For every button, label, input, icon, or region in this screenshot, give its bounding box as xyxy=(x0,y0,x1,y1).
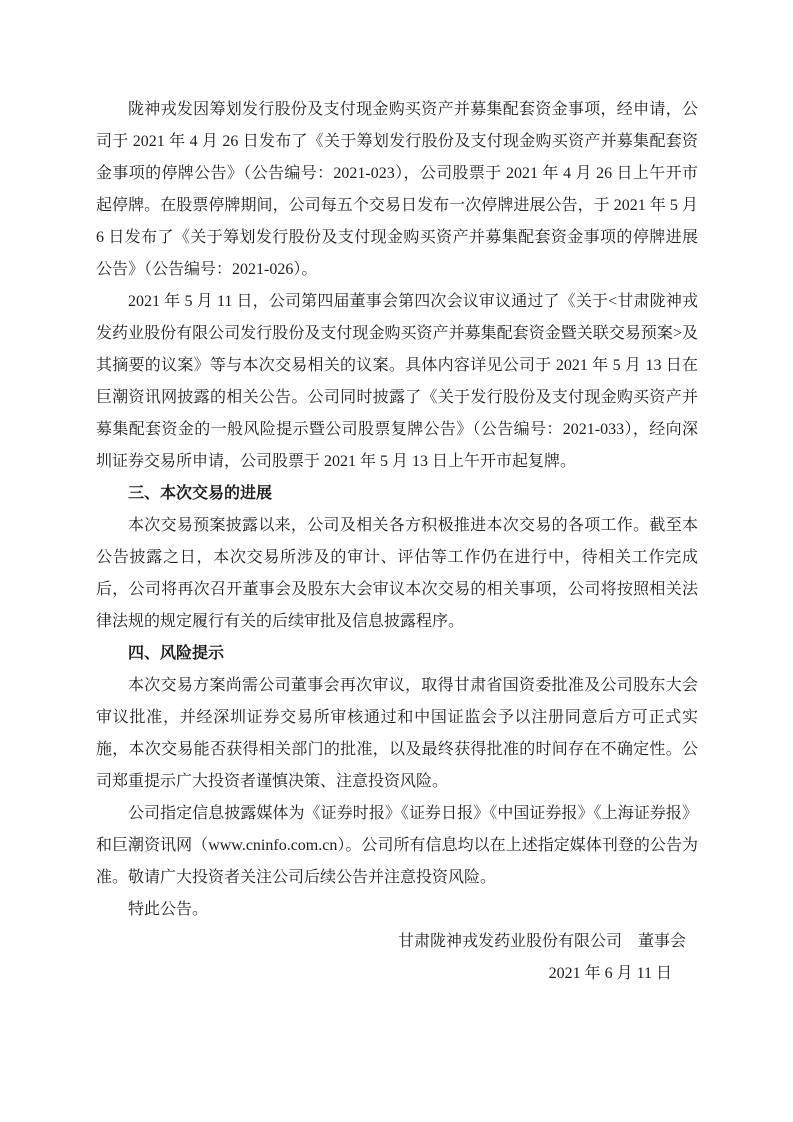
paragraph-closing: 特此公告。 xyxy=(96,894,698,926)
paragraph-transaction-progress: 本次交易预案披露以来，公司及相关各方积极推进本次交易的各项工作。截至本公告披露之… xyxy=(96,510,698,638)
paragraph-disclosure-media: 公司指定信息披露媒体为《证券时报》《证券日报》《中国证券报》《上海证券报》和巨潮… xyxy=(96,798,698,894)
section-heading-risk: 四、风险提示 xyxy=(96,638,698,670)
section-heading-progress: 三、本次交易的进展 xyxy=(96,478,698,510)
signature-block: 甘肃陇神戎发药业股份有限公司 董事会 2021 年 6 月 11 日 xyxy=(96,926,698,990)
paragraph-risk-warning: 本次交易方案尚需公司董事会再次审议，取得甘肃省国资委批准及公司股东大会审议批准，… xyxy=(96,670,698,798)
signature-company: 甘肃陇神戎发药业股份有限公司 董事会 xyxy=(96,926,698,958)
paragraph-board-meeting: 2021 年 5 月 11 日，公司第四届董事会第四次会议审议通过了《关于<甘肃… xyxy=(96,286,698,478)
signature-date: 2021 年 6 月 11 日 xyxy=(96,958,698,990)
announcement-page: 陇神戎发因筹划发行股份及支付现金购买资产并募集配套资金事项，经申请，公司于 20… xyxy=(0,0,793,1122)
paragraph-suspension-history: 陇神戎发因筹划发行股份及支付现金购买资产并募集配套资金事项，经申请，公司于 20… xyxy=(96,94,698,286)
